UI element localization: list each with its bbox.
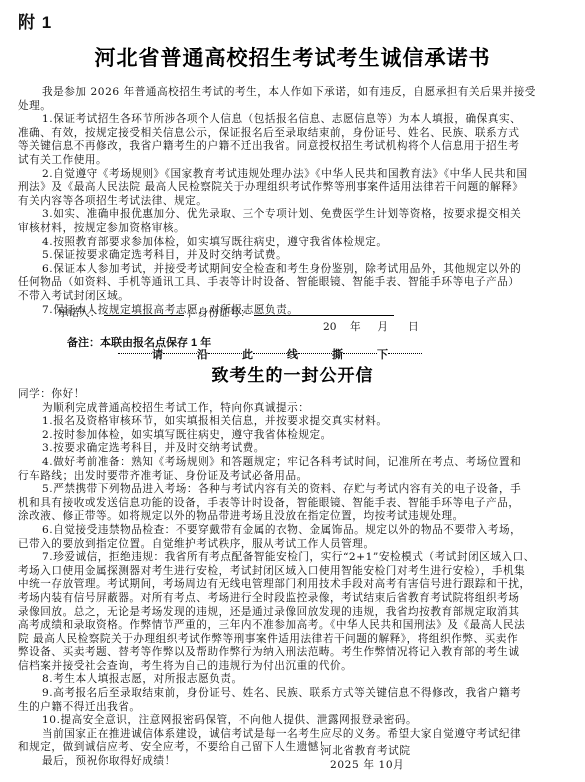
pledge-intro-line: 处理。	[18, 100, 570, 114]
pledger-label: 承诺人：	[58, 307, 100, 319]
pledge-item-5: 5.保证按要求确定选考科目，并及时交纳考试费。	[18, 249, 570, 263]
tear-char: 此	[242, 349, 253, 361]
pledge-item-3: 3.如实、准确申报优惠加分、优先录取、三个专项计划、免费医学生计划等资格，按要求…	[18, 208, 570, 222]
letter-closing-cont: 和规定，做到诚信应考、安全应考，不要给自己留下人生遗憾！	[18, 741, 570, 755]
tear-char: 线	[287, 349, 298, 361]
letter-item-2: 2.按时参加体检，如实填写既往病史，遵守我省体检规定。	[18, 429, 570, 443]
letter-item-9: 9.高考报名后至录取结束前，身份证号、姓名、民族、联系方式等关键信息不得修改，我…	[18, 687, 570, 701]
letter-item-5-cont: 涂改液、修正带等。如将规定以外的物品带进考场且没放在指定位置，均按考试违规处理。	[18, 510, 570, 524]
pledge-item-6: 6.保证本人参加考试，并接受考试期间安全检查和考生身份鉴别，除考试用品外，其他规…	[18, 263, 570, 277]
letter-item-4: 4.做好考前准备：熟知《考场规则》和答题规定；牢记各科考试时间，记准所在考点、考…	[18, 456, 570, 470]
pledge-intro-line: 我是参加 2026 年普通高校招生考试的考生，本人作如下承诺，如有违反，自愿承担…	[18, 86, 570, 100]
letter-item-3: 3.按要求确定选考科目，并及时交纳考试费。	[18, 442, 570, 456]
pledge-item-1-cont: 准确、有效，按规定接受相关信息公示，保证报名后至录取结束前，身份证号、姓名、民族…	[18, 127, 570, 141]
tear-char: 请	[152, 349, 163, 361]
signature-row: 承诺人： ；身份证号：	[58, 304, 394, 320]
document-page: 附 1 河北省普通高校招生考试考生诚信承诺书 我是参加 2026 年普通高校招生…	[0, 0, 585, 782]
pledge-title: 河北省普通高校招生考试考生诚信承诺书	[0, 42, 585, 72]
letter-item-7-cont: 高考成绩和录取资格。作弊情节严重的，三年内不准参加高考。《中华人民共和国刑法》及…	[18, 619, 570, 633]
letter-intro: 为顺利完成普通高校招生考试工作，特向你真诚提示：	[18, 402, 570, 416]
letter-item-7-cont: 中统一存放管理。考试期间，考场周边有无线电管理部门利用技术手段对高考有害信号进行…	[18, 578, 570, 592]
id-number-label: ；身份证号：	[187, 307, 251, 319]
letter-item-7-cont: 弊设备、买卖考题、替考等作弊以及帮助作弊行为纳入刑法范畴。考生作弊情况将记入教育…	[18, 646, 570, 660]
signing-organization: 河北省教育考试院	[321, 743, 411, 758]
pledge-item-4: 4.按照教育部要求参加体检，如实填写既往病史，遵守我省体检规定。	[18, 236, 570, 250]
letter-item-5: 5.严禁携带下列物品进入考场：各种与考试内容有关的资料、存贮与考试内容有关的电子…	[18, 483, 570, 497]
pledger-name-field[interactable]	[104, 304, 184, 316]
letter-item-7: 7.珍爱诚信，拒绝违规：我省所有考点配备智能安检门，实行“2+1”安检模式（考试…	[18, 551, 570, 565]
letter-item-7-cont: 院 最高人民检察院关于办理组织考试作弊等刑事案件适用法律若干问题的解释》，将组织…	[18, 633, 570, 647]
letter-greeting: 同学：你好！	[18, 388, 570, 402]
pledge-item-2: 2.自觉遵守《考场规则》《国家教育考试违规处理办法》《中华人民共和国教育法》《中…	[18, 168, 570, 182]
letter-item-10: 10.提高安全意识，注意网报密码保管，不向他人提供、泄露网报登录密码。	[18, 714, 570, 728]
letter-item-9-cont: 生的户籍不得迁出我省。	[18, 701, 570, 715]
tear-char: 撕	[332, 349, 343, 361]
pledge-item-6-cont: 不带入考试封闭区域。	[18, 290, 570, 304]
pledge-item-6-cont: 任何物品（如资料、手机等通讯工具、手表等计时设备、智能眼镜、智能手表、智能手环等…	[18, 276, 570, 290]
letter-item-6-cont: 已带入的要放到指定位置。自觉维护考试秩序，服从考试工作人员管理。	[18, 538, 570, 552]
pledge-item-1-cont: 试有关工作使用。	[18, 154, 570, 168]
letter-item-1: 1.报名及资格审核环节，如实填报相关信息，并按要求提交真实材料。	[18, 415, 570, 429]
letter-body: 同学：你好！ 为顺利完成普通高校招生考试工作，特向你真诚提示： 1.报名及资格审…	[18, 388, 570, 769]
tear-line: 请沿此线撕下	[118, 346, 422, 362]
pledge-item-2-cont: 有关内容等各项招生考试法律、规定。	[18, 195, 570, 209]
letter-wish: 最后，预祝你取得好成绩！	[18, 755, 570, 769]
letter-item-4-cont: 行车路线；出发时要带齐准考证、身份证及考试必备用品。	[18, 470, 570, 484]
letter-item-8: 8.考生本人填报志愿，对所报志愿负责。	[18, 673, 570, 687]
letter-item-5-cont: 机和具有接收或发送信息功能的设备，手表等计时设备，智能眼镜、智能手表、智能手环等…	[18, 497, 570, 511]
letter-item-7-cont: 考场内装有信号屏蔽器。对所有考点、考场进行全时段监控录像，考试结束后省教育考试院…	[18, 592, 570, 606]
letter-closing: 当前国家正在推进诚信体系建设，诚信考试是每一名考生应尽的义务。希望大家自觉遵守考…	[18, 728, 570, 742]
letter-item-6: 6.自觉接受违禁物品检查：不要穿戴带有金属的衣物、金属饰品。规定以外的物品不要带…	[18, 524, 570, 538]
pledge-item-1-cont: 等关键信息不再修改，我省户籍考生的户籍不迁出我省。同意授权招生考试机构将个人信息…	[18, 140, 570, 154]
signing-date: 2025 年 10月	[330, 757, 404, 772]
letter-title: 致考生的一封公开信	[0, 361, 585, 386]
tear-char: 沿	[197, 349, 208, 361]
signature-date: 20 年 月 日	[323, 319, 419, 334]
tear-char: 下	[377, 349, 388, 361]
letter-item-7-cont: 录像回放。总之，无论是考场发现的违规，还是通过录像回放发现的违规，我省均按教育部…	[18, 606, 570, 620]
annex-label: 附 1	[18, 8, 52, 33]
pledge-item-1: 1.保证考试招生各环节所涉各项个人信息（包括报名信息、志愿信息等）为本人填报，确…	[18, 113, 570, 127]
id-number-field[interactable]	[254, 304, 394, 316]
letter-item-7-cont: 考场入口使用金属探测器对考生进行安检，考试封闭区域入口使用智能安检门对考生进行安…	[18, 565, 570, 579]
pledge-item-3-cont: 审核材料，按规定参加资格审核。	[18, 222, 570, 236]
letter-item-7-cont: 信档案并接受社会查询，考生将为自己的违规行为付出沉重的代价。	[18, 660, 570, 674]
pledge-body: 我是参加 2026 年普通高校招生考试的考生，本人作如下承诺，如有违反，自愿承担…	[18, 86, 570, 317]
pledge-item-2-cont: 刑法》及《最高人民法院 最高人民检察院关于办理组织考试作弊等刑事案件适用法律若干…	[18, 181, 570, 195]
